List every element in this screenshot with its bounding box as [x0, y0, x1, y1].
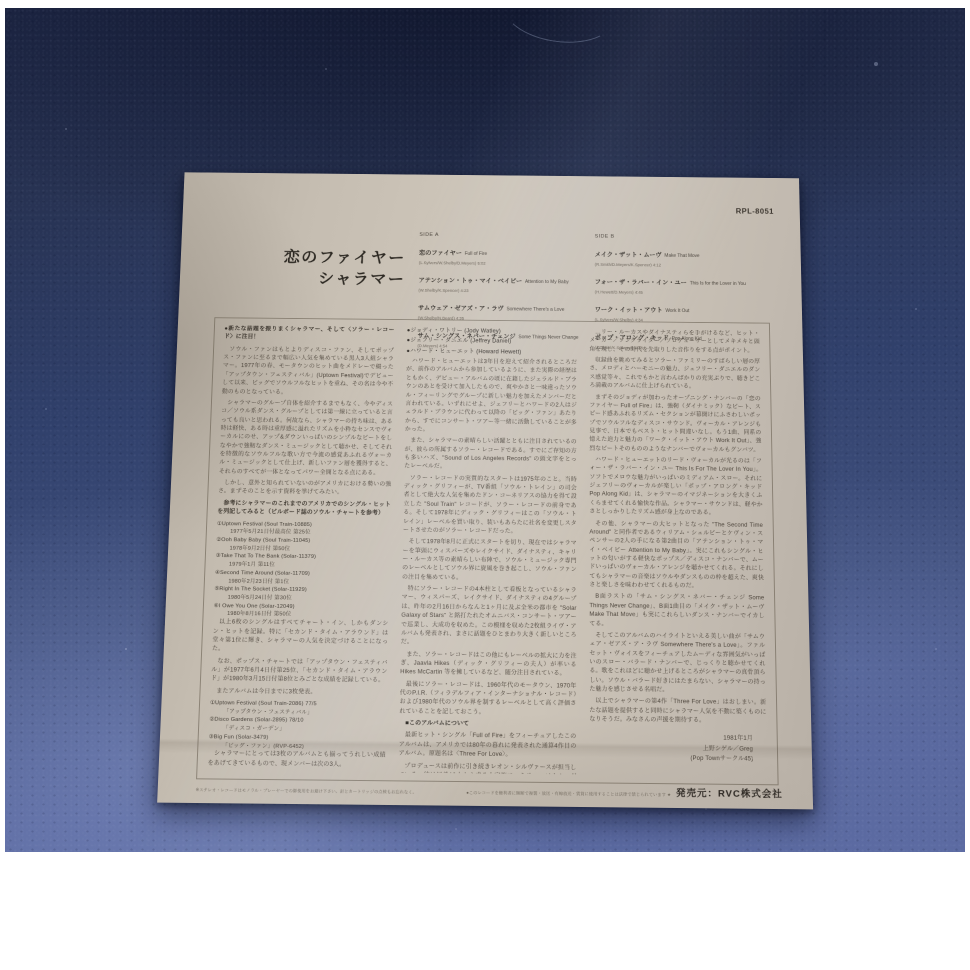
publisher-name: 発売元：RVC株式会社 [676, 785, 783, 800]
track-item: ポップ・アロング・キッドPop Along Kid (J.Daniel/K.Sp… [595, 327, 778, 352]
discography-entry: ⑤Right In The Socket (Solar-11929) 1980年… [214, 586, 389, 604]
liner-column-middle: ●ジョディ・ワトリー (Jody Watley)●ジェフリー・ダニエル (Jef… [398, 327, 577, 774]
discography-title: ⑥I Owe You One (Solar-12049) [214, 602, 389, 612]
liner-date-line: 1981年1月 [589, 733, 753, 745]
track-item: サム・シングス・ネバー・チェンジSome Things Never Change… [417, 325, 589, 350]
track-title-en: This Is for the Lover in You [690, 281, 746, 287]
liner-paragraph: そして1978年8月に正式にスタートを切り、現在ではシャラマーを筆頭にウィスパー… [402, 538, 577, 584]
care-note: ※ステレオ・レコードはモノラル・プレーヤーでの御使用をお避け下さい。針とカートリ… [195, 787, 416, 795]
discography-title: ⑤Right In The Socket (Solar-11929) [214, 586, 389, 596]
album-title-block: 恋のファイヤー シャラマー [233, 246, 406, 290]
discography-entry: ⑥I Owe You One (Solar-12049) 1980年8月16日付… [213, 602, 389, 620]
about-album-heading: ■このアルバムについて [399, 720, 576, 731]
track-item: フォー・ザ・ラバー・イン・ユーThis Is for the Lover in … [595, 271, 777, 296]
liner-paragraph: まずそのジョディが加わったオープニング・ナンバーの「恋のファイヤー Full o… [589, 394, 761, 456]
discography-entry: ③Big Fun (Solar-3479) 「ビッグ・ファン」(RVP-6452… [208, 733, 386, 752]
singles-lead: 参考にシャラマーのこれまでのアメリカでのシングル・ヒットを列記してみると（ビルボ… [217, 500, 391, 519]
liner-paragraph: プロデュースは前作に引き続きレオン・シルヴァースが担当している。彼は兄弟10人か… [398, 762, 576, 774]
liner-column-left: ●新たな話題を振りまくシャラマー、そして〈ソラー・レコード〉に注目！ ソウル・フ… [207, 325, 394, 772]
liner-paragraph: しかし、意外と知られていないのがアメリカにおける勢いの強さ。まずそのことを示す資… [218, 480, 391, 499]
track-title-jp: アテンション・トゥ・マイ・ベイビー [419, 278, 523, 285]
discography-chart: 1979年1月 第11位 [215, 561, 390, 571]
track-item: サムウェア・ゼアズ・ア・ラヴSomewhere There's a Love (… [418, 297, 589, 322]
track-credit: (D.Meyers) 4:54 [417, 344, 589, 350]
photo-background: RPL-8051 恋のファイヤー シャラマー SIDE A 恋のファイヤーFul… [5, 8, 965, 852]
discography-title: ③Take That To The Bank (Solar-11379) [215, 553, 389, 563]
discography-title: ③Big Fun (Solar-3479) [208, 733, 386, 743]
track-title-jp: 恋のファイヤー [419, 250, 462, 257]
liner-paragraph: また、シャラマーの素晴らしい活躍とともに注目されているのが、彼らの所属するソラー… [404, 437, 577, 473]
discography-title: ①Uptown Festival (Soul Train-2086) 77/5 [210, 699, 387, 709]
discography-title: ④Second Time Around (Solar-11709) [215, 569, 390, 579]
side-b-tracklist: SIDE B メイク・ザット・ムーヴMake That Move (R.Smit… [595, 234, 778, 357]
liner-paragraph: 最後にソラー・レコードは、1960年代のモータウン、1970年代のP.I.R.（… [399, 681, 576, 719]
side-b-tracks: メイク・ザット・ムーヴMake That Move (R.Smith/D.Mey… [595, 244, 778, 352]
liner-paragraph: シャラマーのグループ自体を紹介するまでもなく、今やディスコ／ソウル系ダンス・グル… [219, 399, 393, 478]
track-title-jp: サム・シングス・ネバー・チェンジ [417, 333, 515, 340]
track-title-jp: ポップ・アロング・キッド [595, 335, 669, 342]
discography-chart: 1980年5月24日付 第30位 [214, 594, 389, 604]
track-item: メイク・ザット・ムーヴMake That Move (R.Smith/D.Mey… [595, 244, 777, 269]
track-credit: (W.Shelby/N.Beard) 4:35 [418, 316, 589, 322]
track-title-en: Pop Along Kid [672, 336, 702, 342]
track-item: ワーク・イット・アウトWork It Out (L.Sylvers/W.Shel… [595, 299, 778, 324]
discography-entry: ②Ooh Baby Baby (Soul Train-11045) 1978年9… [216, 536, 390, 554]
member-list: ●ジョディ・ワトリー (Jody Watley)●ジェフリー・ダニエル (Jef… [406, 327, 577, 358]
track-title-jp: サムウェア・ゼアズ・ア・ラヴ [418, 305, 504, 312]
liner-paragraph: その他、シャラマーの大ヒットとなった "The Second Time Arou… [589, 520, 764, 592]
side-a-tracks: 恋のファイヤーFull of Fire (L.Sylvers/W.Shelby/… [417, 242, 589, 350]
member-item: ●ジョディ・ワトリー (Jody Watley) [407, 327, 577, 337]
liner-paragraph: 以上6枚のシングルはすべてチャート・イン、しかもダンシン・ヒットを記録。特に「セ… [212, 619, 389, 657]
liner-paragraph: ハワード・ヒューエットは3年目を迎えて紹介されるところだが、前作のアルバムから参… [405, 358, 577, 436]
member-item: ●ハワード・ヒューエット (Howard Hewett) [406, 348, 577, 358]
liner-paragraph: 収録曲を眺めてみるとソラー・ファミリーのすばらしい層の厚さ、メロディとハーモニー… [589, 357, 760, 393]
liner-paragraph: B面ラストの「サム・シングス・ネバー・チェンジ Some Things Neve… [589, 593, 765, 630]
liner-paragraph: …リー・ルーカスやダイナスティらを手がけるなど、ヒット・メーカー／ソングライター… [589, 329, 760, 356]
liner-paragraph: ソラー・レコードの実質的なスタートは1975年のこと。当時ディック・グリフィーが… [403, 475, 577, 538]
track-title-jp: メイク・ザット・ムーヴ [595, 252, 662, 259]
liner-date-line: (Pop Townサークル45) [589, 753, 753, 765]
discography-title: ①Uptown Festival (Soul Train-10885) [217, 520, 391, 530]
albums-discography: ①Uptown Festival (Soul Train-2086) 77/5 … [208, 699, 387, 752]
track-title-en: Work It Out [665, 309, 689, 315]
track-credit: (W.Shelby/K.Spencer) 4:23 [418, 288, 589, 294]
members-outro: シャラマーにとっては3枚のアルバムとも揃ってうれしい成績をあげてきているもので、… [207, 750, 385, 770]
discography-jp-title: 「ディスコ・ガーデン」 [209, 725, 387, 735]
discography-chart: 1977年5月21日付最高位 第25位 [216, 528, 390, 538]
discography-title: ②Disco Gardens (Solar-2895) 78/10 [209, 716, 386, 726]
side-b-heading: SIDE B [595, 234, 776, 242]
track-item: 恋のファイヤーFull of Fire (L.Sylvers/W.Shelby/… [419, 242, 589, 267]
liner-paragraph: 以上でシャラマーの第4作「Three For Love」はおしまい。新たな話題を… [589, 698, 766, 727]
liner-paragraphs: …リー・ルーカスやダイナスティらを手がけるなど、ヒット・メーカー／ソングライター… [589, 329, 766, 727]
discography-entry: ②Disco Gardens (Solar-2895) 78/10 「ディスコ・… [209, 716, 387, 735]
side-a-heading: SIDE A [419, 232, 589, 240]
track-item: アテンション・トゥ・マイ・ベイビーAttention to My Baby (W… [418, 270, 589, 295]
track-title-en: Some Things Never Change [518, 335, 578, 341]
track-credit: (H.Hewett/D.Meyers) 4:45 [595, 290, 777, 296]
liner-paragraphs: 以上6枚のシングルはすべてチャート・イン、しかもダンシン・ヒットを記録。特に「セ… [211, 619, 389, 687]
record-sleeve-back: RPL-8051 恋のファイヤー シャラマー SIDE A 恋のファイヤーFul… [157, 172, 813, 809]
artist-name-japanese: シャラマー [233, 267, 406, 290]
singles-discography: ①Uptown Festival (Soul Train-10885) 1977… [213, 520, 390, 621]
liner-paragraphs: 最新ヒット・シングル「Full of Fire」をフィーチュアしたこのアルバムは… [398, 732, 576, 775]
publisher-wrap: ●このレコードを権利者に無断で複製・放送・有線放送・賃貸に使用することは法律で禁… [466, 783, 783, 800]
liner-date-credit: 1981年1月上野シゲル／Greg(Pop Townサークル45) [589, 733, 767, 765]
track-title-en: Make That Move [664, 253, 699, 259]
liner-paragraph: 最新ヒット・シングル「Full of Fire」をフィーチュアしたこのアルバムは… [399, 732, 577, 761]
liner-paragraph: ソウル・ファンはもとよりディスコ・ファン、そしてポップス・ファンに至るまで幅広い… [222, 346, 394, 399]
discography-title: ②Ooh Baby Baby (Soul Train-11045) [216, 536, 390, 546]
discography-entry: ①Uptown Festival (Soul Train-2086) 77/5 … [209, 699, 386, 718]
track-credit: (J.Daniel/K.Spencer) 4:38 [595, 345, 778, 352]
track-credit: (L.Sylvers/W.Shelby/D.Meyers) 5:02 [419, 260, 589, 266]
liner-paragraphs: ハワード・ヒューエットは3年目を迎えて紹介されるところだが、前作のアルバムから参… [399, 358, 577, 719]
discography-chart: 1980年2月23日付 第1位 [214, 577, 389, 587]
liner-date-line: 上野シゲル／Greg [589, 743, 753, 755]
copyright-note: ●このレコードを権利者に無断で複製・放送・有線放送・賃貸に使用することは法律で禁… [466, 790, 671, 798]
liner-paragraph: また、ソラー・レコードはこの他にもレーベルの拡大に力を注ぎ、Jaavla Hik… [400, 651, 576, 680]
track-title-jp: ワーク・イット・アウト [595, 307, 663, 314]
dust-specks [5, 8, 7, 10]
track-title-jp: フォー・ザ・ラバー・イン・ユー [595, 279, 687, 286]
albums-intro: またアルバムは今日までに3枚発表。 [210, 687, 387, 698]
liner-headline: ●新たな話題を振りまくシャラマー、そして〈ソラー・レコード〉に注目！ [224, 325, 395, 344]
liner-paragraphs: ソウル・ファンはもとよりディスコ・ファン、そしてポップス・ファンに至るまで幅広い… [218, 346, 394, 499]
track-credit: (R.Smith/D.Meyers/K.Spencer) 4:12 [595, 262, 777, 268]
liner-paragraph: なお、ポップス・チャートでは「アップタウン・フェスティバル」が1977年6月4日… [211, 657, 388, 686]
liner-paragraph: そしてこのアルバムのハイライトといえる美しい曲が「サムウェア・ゼアズ・ア・ラヴ … [589, 632, 766, 697]
discography-entry: ④Second Time Around (Solar-11709) 1980年2… [214, 569, 389, 587]
discography-entry: ①Uptown Festival (Soul Train-10885) 1977… [216, 520, 390, 538]
discography-jp-title: 「ビッグ・ファン」(RVP-6452) [208, 742, 386, 752]
discography-jp-title: 「アップタウン・フェスティバル」 [209, 708, 386, 718]
discography-chart: 1978年9月2日付 第50位 [216, 544, 390, 554]
discography-entry: ③Take That To The Bank (Solar-11379) 197… [215, 553, 390, 571]
track-credit: (L.Sylvers/W.Shelby) 4:34 [595, 318, 778, 325]
liner-column-right: …リー・ルーカスやダイナスティらを手がけるなど、ヒット・メーカー／ソングライター… [589, 329, 767, 776]
liner-paragraph: ハワード・ヒューエットのリード・ヴォーカルが光るのは「フォー・ザ・ラバー・イン・… [589, 456, 763, 519]
discography-chart: 1980年8月16日付 第50位 [213, 610, 388, 620]
track-title-en: Attention to My Baby [525, 279, 569, 285]
member-item: ●ジェフリー・ダニエル (Jeffrey Daniel) [407, 337, 577, 347]
bottom-print-line: ※ステレオ・レコードはモノラル・プレーヤーでの御使用をお避け下さい。針とカートリ… [195, 780, 782, 800]
scratch-mark [499, 8, 618, 50]
track-title-en: Somewhere There's a Love [507, 307, 565, 313]
liner-paragraph: 特にソラー・レコードの4本柱として看板となっているシャラマー、ウィスパーズ、レイ… [401, 585, 577, 649]
catalog-number: RPL-8051 [736, 207, 774, 215]
album-title-japanese: 恋のファイヤー [233, 246, 406, 269]
side-a-tracklist: SIDE A 恋のファイヤーFull of Fire (L.Sylvers/W.… [417, 232, 589, 354]
liner-notes-box: ●新たな話題を振りまくシャラマー、そして〈ソラー・レコード〉に注目！ ソウル・フ… [196, 317, 779, 785]
track-title-en: Full of Fire [465, 251, 487, 257]
